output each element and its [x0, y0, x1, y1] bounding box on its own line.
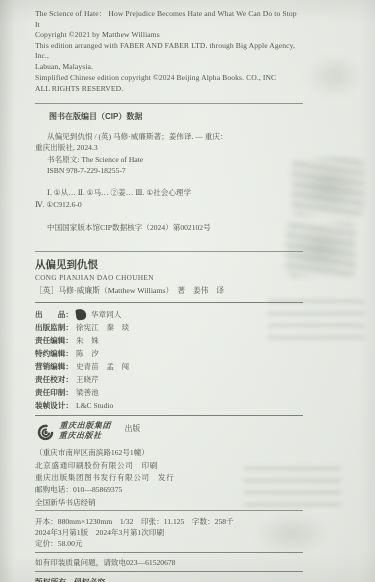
credit-label: 装帧设计：: [35, 400, 73, 411]
format-spec-line: 开本：880mm×1230mm 1/32 印张：11.125 字数：258千: [35, 516, 303, 527]
credit-label: 责任印制：: [35, 387, 73, 398]
author-translator-byline: ［英］马修·威廉斯（Matthew Williams） 著 姜伟 译: [35, 286, 303, 296]
credit-label: 出 品：: [35, 309, 73, 320]
cip-record-line: 从偏见到仇恨 / (英) 马修·威廉斯著；姜伟译. — 重庆：: [35, 131, 303, 142]
book-title-pinyin: CONG PIANJIAN DAO CHOUHEN: [35, 274, 303, 283]
divider: [35, 415, 303, 416]
book-copyright-page: The Science of Hate： How Prejudice Becom…: [0, 0, 375, 582]
book-title: 从偏见到仇恨: [35, 259, 303, 272]
cip-record-line: 重庆出版社, 2024.3: [35, 142, 303, 153]
divider: [35, 552, 303, 553]
credit-value: 朱 姝: [76, 335, 99, 346]
english-copyright-line: The Science of Hate： How Prejudice Becom…: [35, 9, 303, 30]
divider: [35, 302, 303, 303]
staff-credits: 出 品： 华章同人 出版监制： 徐宪江 秦 琰 责任编辑： 朱 姝 特约编辑： …: [35, 308, 303, 413]
all-rights-statement: 版权所有，侵权必究: [35, 577, 303, 582]
english-copyright-line: Labuan, Malaysia.: [35, 62, 303, 73]
divider: [35, 251, 303, 252]
english-copyright-line: Copyright ©2021 by Matthew Williams: [35, 30, 303, 41]
all-rights-reserved-line: ALL RIGHTS RESERVED.: [35, 84, 303, 95]
credit-label: 责任校对：: [35, 374, 73, 385]
credit-row-marketing: 营销编辑： 史青苗 孟 闯: [35, 360, 303, 373]
publisher-info: （重庆市南岸区南滨路162号1幢） 北京盛通印刷股份有限公司 印刷 重庆出版集团…: [35, 447, 303, 508]
cip-original-title-line: 书名原文: The Science of Hate: [35, 154, 303, 165]
cip-record: 从偏见到仇恨 / (英) 马修·威廉斯著；姜伟译. — 重庆： 重庆出版社, 2…: [35, 131, 303, 177]
publisher-house-name: 重庆出版社: [58, 431, 110, 441]
distributor-line: 重庆出版集团图书发行有限公司 发行: [35, 472, 303, 484]
publisher-calligraphy: 重庆出版集团 重庆出版社: [58, 421, 111, 441]
english-copyright-line: Simplified Chinese edition copyright ©20…: [35, 73, 303, 84]
credit-value: 陈 汐: [76, 348, 99, 359]
credit-label: 营销编辑：: [35, 361, 73, 372]
cip-classification: Ⅰ. ①从… Ⅱ. ①马… ②姜… Ⅲ. ①社会心理学 Ⅳ. ①C912.6-0: [35, 187, 303, 210]
page-content: The Science of Hate： How Prejudice Becom…: [35, 9, 303, 582]
credit-value: 华章同人: [91, 309, 121, 320]
cip-heading: 图书在版编目（CIP）数据: [35, 111, 303, 122]
credit-row-editor: 责任编辑： 朱 姝: [35, 334, 303, 347]
cip-classification-line: Ⅰ. ①从… Ⅱ. ①马… ②姜… Ⅲ. ①社会心理学: [35, 187, 303, 198]
credit-label: 特约编辑：: [35, 348, 73, 359]
mail-order-phone-line: 邮购电话：010—85869375: [35, 484, 303, 496]
credit-value: 史青苗 孟 闯: [76, 361, 129, 372]
credit-row-print-supervisor: 责任印制： 梁善池: [35, 386, 303, 399]
cip-classification-line: Ⅳ. ①C912.6-0: [35, 199, 303, 210]
printer-line: 北京盛通印刷股份有限公司 印刷: [35, 460, 303, 472]
english-copyright-line: This edition arranged with FABER AND FAB…: [35, 41, 303, 62]
quality-hotline-line: 如有印装质量问题，请致电023—61520678: [35, 557, 303, 568]
credit-row-special-editor: 特约编辑： 陈 汐: [35, 347, 303, 360]
cip-registry-line: 中国国家版本馆CIP数据核字（2024）第002102号: [35, 222, 303, 233]
huazhang-imprint-logo-icon: [75, 308, 86, 320]
edition-line: 2024年3月第1版 2024年3月第1次印刷: [35, 527, 303, 538]
bleed-through-ghost: [303, 52, 365, 100]
credit-label: 出版监制：: [35, 322, 73, 333]
credit-row-design: 装帧设计： L&C Studio: [35, 399, 303, 412]
price-line: 定价：58.00元: [35, 538, 303, 549]
isbn-line: ISBN 978-7-229-18255-7: [35, 165, 303, 176]
divider: [35, 103, 303, 104]
bookstore-line: 全国新华书店经销: [35, 497, 303, 509]
credit-value: 王晓芹: [76, 374, 99, 385]
publisher-address-line: （重庆市南岸区南滨路162号1幢）: [35, 447, 303, 459]
credit-row-producer: 出 品： 华章同人: [35, 308, 303, 321]
credit-row-proofreader: 责任校对： 王晓芹: [35, 373, 303, 386]
print-specifications: 开本：880mm×1230mm 1/32 印张：11.125 字数：258千 2…: [35, 516, 303, 550]
credit-value: L&C Studio: [76, 401, 113, 410]
english-copyright-block: The Science of Hate： How Prejudice Becom…: [35, 9, 303, 95]
publish-label: 出版: [125, 423, 141, 434]
publisher-logo-row: 重庆出版集团 重庆出版社 出版: [35, 421, 303, 445]
credit-row-supervisor: 出版监制： 徐宪江 秦 琰: [35, 321, 303, 334]
credit-value: 徐宪江 秦 琰: [76, 322, 129, 333]
divider: [35, 510, 303, 511]
chongqing-press-logo-icon: [35, 422, 55, 442]
credit-value: 梁善池: [76, 387, 99, 398]
divider: [35, 571, 303, 572]
credit-label: 责任编辑：: [35, 335, 73, 346]
